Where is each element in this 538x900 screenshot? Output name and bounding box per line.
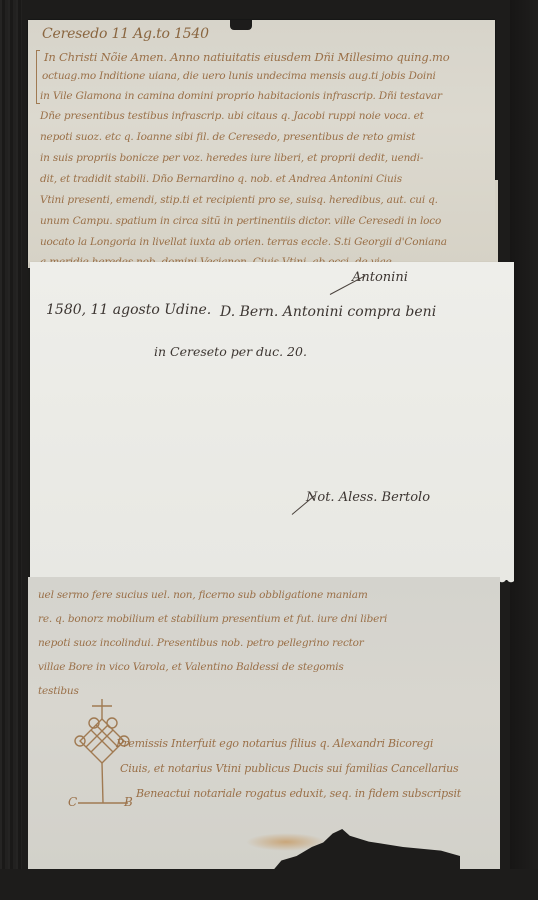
- text-line: nepoti suoz. etc q. Ioanne sibi fil. de …: [40, 131, 415, 143]
- text-line: Dñe presentibus testibus infrascrip. ubi…: [40, 110, 424, 122]
- flourish-stroke: [330, 275, 366, 295]
- subscription-line: Beneactui notariale rogatus eduxit, seq.…: [136, 787, 461, 800]
- signum-initial-c: C: [68, 795, 77, 809]
- text-line: in Vile Glamona in camina domini proprio…: [40, 90, 442, 102]
- signum-initial-b: B: [124, 795, 133, 809]
- text-line: Vtini presenti, emendi, stip.ti et recip…: [40, 194, 438, 206]
- slip-summary-cont: in Cereseto per duc. 20.: [154, 344, 307, 359]
- background-bottom: [0, 869, 538, 900]
- slip-date: 1580, 11 agosto Udine.: [46, 302, 211, 318]
- binding-strip: [0, 0, 22, 900]
- lower-document-sheet: uel sermo fere sucius uel. non, ficerno …: [28, 577, 500, 869]
- text-line: testibus: [38, 685, 79, 697]
- notary-signature: Not. Aless. Bertolo: [306, 490, 430, 505]
- document-heading: Ceresedo 11 Ag.to 1540: [42, 26, 209, 42]
- text-line: nepoti suoz incolindui. Presentibus nob.…: [38, 637, 364, 649]
- text-line: unum Campu. spatium in circa sitũ in per…: [40, 215, 441, 227]
- subscription-line: Ciuis, et notarius Vtini publicus Ducis …: [120, 762, 458, 775]
- subscription-line: Premissis Interfuit ego notarius filius …: [116, 737, 433, 750]
- background-edge: [510, 0, 538, 900]
- text-line: villae Bore in vico Varola, et Valentino…: [38, 661, 344, 673]
- slip-summary: D. Bern. Antonini compra beni: [220, 304, 436, 320]
- text-line: In Christi Nõie Amen. Anno natiuitatis e…: [44, 50, 449, 64]
- text-line: dit, et tradidit stabili. Dño Bernardino…: [40, 173, 402, 185]
- paper-notch: [230, 20, 252, 30]
- text-line: uel sermo fere sucius uel. non, ficerno …: [38, 589, 368, 601]
- archival-slip: Antonini 1580, 11 agosto Udine. D. Bern.…: [30, 262, 514, 580]
- text-line: octuag.mo Inditione uiana, die uero luni…: [42, 70, 436, 82]
- notary-signum-icon: [66, 697, 138, 807]
- upper-document-sheet: Ceresedo 11 Ag.to 1540 In Christi Nõie A…: [28, 20, 495, 268]
- text-line: in suis propriis bonicze per voz. herede…: [40, 152, 423, 164]
- paper-edge: [495, 180, 498, 268]
- text-line: uocato la Longoria in livellat iuxta ab …: [40, 236, 447, 248]
- text-line: re. q. bonorz mobilium et stabilium pres…: [38, 613, 387, 625]
